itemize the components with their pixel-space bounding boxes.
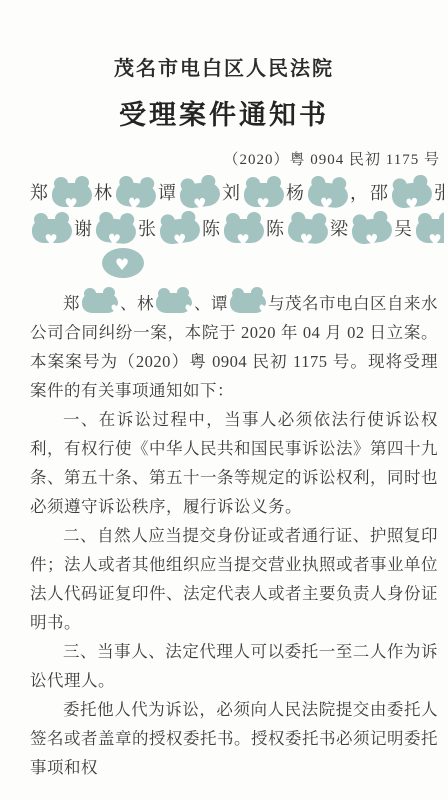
party-text: 谭 (158, 183, 178, 203)
party-line: 谢张陈陈梁吴， (30, 211, 444, 247)
heart-sticker-icon (244, 183, 284, 207)
party-text: 陈 (266, 219, 286, 239)
heart-sticker-icon (224, 219, 264, 243)
heart-sticker-icon (82, 293, 118, 313)
heart-sticker-icon (230, 293, 266, 313)
party-text: 刘 (222, 183, 242, 203)
party-text: 杨 (286, 183, 306, 203)
case-number: （2020）粤 0904 民初 1175 号 (0, 148, 440, 169)
party-text: 张 (434, 183, 444, 203)
document-page: 茂名市电白区人民法院 受理案件通知书 （2020）粤 0904 民初 1175 … (0, 0, 448, 800)
heart-sticker-icon (32, 219, 72, 243)
doc-title: 受理案件通知书 (0, 93, 448, 132)
paragraph-identity-docs: 二、自然人应当提交身份证或者通行证、护照复印件；法人或者其他组织应当提交营业执照… (30, 521, 438, 637)
paragraph-rights: 一、在诉讼过程中，当事人必须依法行使诉讼权利，有权行使《中华人民共和国民事诉讼法… (30, 405, 438, 521)
paragraph-authorization: 委托他人代为诉讼，必须向人民法院提交由委托人签名或者盖章的授权委托书。授权委托书… (30, 695, 438, 782)
parties-block: 郑林谭刘杨，邵张，邓 谢张陈陈梁吴， (30, 175, 444, 279)
party-text: 吴 (394, 219, 414, 239)
body-text: 郑、林、谭与茂名市电白区自来水公司合同纠纷一案，本院于 2020 年 04 月 … (30, 289, 438, 782)
heart-sticker-icon (287, 217, 329, 245)
heart-sticker-icon (52, 183, 92, 207)
heart-sticker-icon (115, 181, 157, 209)
party-text: 谢 (74, 219, 94, 239)
heart-sticker-icon (102, 248, 144, 278)
heart-sticker-icon (391, 181, 434, 210)
heart-sticker-icon (416, 219, 444, 243)
heart-sticker-icon (159, 217, 202, 246)
party-text: 梁 (330, 219, 350, 239)
party-text: 、林 (120, 294, 154, 313)
heart-sticker-icon (179, 181, 222, 210)
paragraph-intro: 郑、林、谭与茂名市电白区自来水公司合同纠纷一案，本院于 2020 年 04 月 … (30, 289, 438, 405)
party-text: ，邵 (350, 183, 390, 203)
heart-sticker-icon (156, 293, 192, 313)
party-line: 郑林谭刘杨，邵张，邓 (30, 175, 444, 211)
party-text: 、谭 (194, 294, 228, 313)
party-line (30, 243, 444, 279)
party-text: 陈 (202, 219, 222, 239)
paragraph-agents: 三、当事人、法定代理人可以委托一至二人作为诉讼代理人。 (30, 637, 438, 695)
party-text: 张 (138, 219, 158, 239)
party-text: 郑 (30, 183, 50, 203)
party-text: 林 (94, 183, 114, 203)
heart-sticker-icon (307, 181, 349, 209)
heart-sticker-icon (95, 217, 137, 245)
heart-sticker-icon (351, 217, 394, 246)
court-name: 茂名市电白区人民法院 (0, 52, 448, 81)
